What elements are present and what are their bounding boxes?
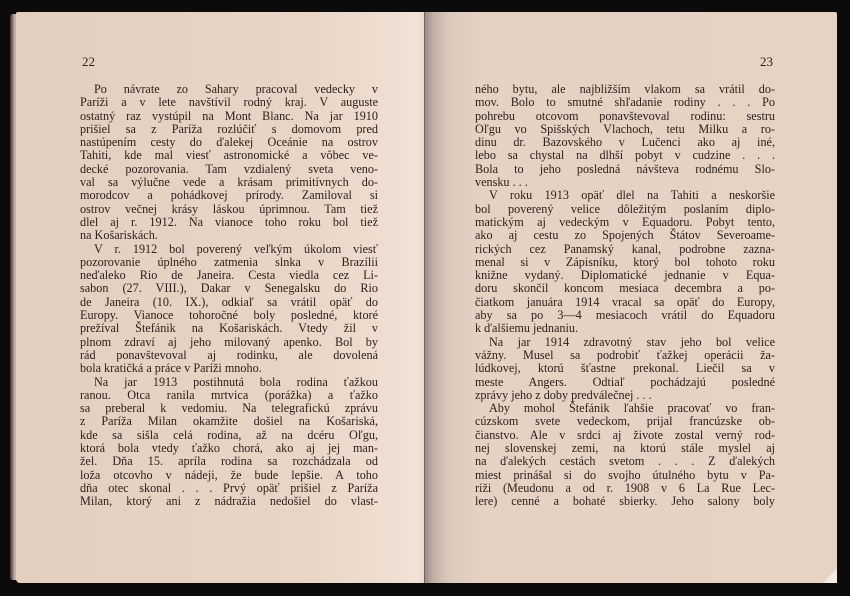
text-line: vážny. Musel sa podrobiť ťažkej operácii… bbox=[475, 349, 775, 362]
text-line: Tahiti, kde mal viesť astronomické a vôb… bbox=[80, 149, 378, 162]
text-line: mov. Bolo to smutné shľadanie rodiny . .… bbox=[475, 96, 775, 109]
text-line: sabon (27. VIII.), Dakar v Senegalsku do… bbox=[80, 282, 378, 295]
text-line: Po návrate zo Sahary pracoval vedecky v bbox=[80, 83, 378, 96]
text-line: menal si v Zápisníku, ktorý bol tohoto r… bbox=[475, 256, 775, 269]
right-page: 23 ného bytu, ale najbližším vlakom sa v… bbox=[425, 12, 837, 583]
text-line: knižne vydaný. Diplomatické jednanie v E… bbox=[475, 269, 775, 282]
text-line: bol poverený velice dôležitým poslaním d… bbox=[475, 203, 775, 216]
text-line: žel. Dňa 15. apríla rodina sa rozchádzal… bbox=[80, 455, 378, 468]
text-line: Aby mohol Štefánik ľahšie pracovať vo fr… bbox=[475, 402, 775, 415]
text-line: matickým aj vedeckým v Equadoru. Pobyt t… bbox=[475, 216, 775, 229]
right-page-text: ného bytu, ale najbližším vlakom sa vrát… bbox=[475, 83, 775, 509]
text-line: ranou. Otca ranila mrtvica (porážka) a ť… bbox=[80, 389, 378, 402]
text-line: doru skončil koncom mesiaca decembra a p… bbox=[475, 282, 775, 295]
text-line: prežíval Štefánik na Košariskách. Vtedy … bbox=[80, 322, 378, 335]
text-line: miest prinášal si do svojho útulného byt… bbox=[475, 469, 775, 482]
left-page-text: Po návrate zo Sahary pracoval vedecky vP… bbox=[80, 83, 378, 509]
text-line: plnom zdraví aj jeho milovaný apenko. Bo… bbox=[80, 336, 378, 349]
text-line: čianstvo. Ale v srdci aj živote zostal v… bbox=[475, 429, 775, 442]
text-line: aby sa po 3—4 mesiacoch vrátil do Equado… bbox=[475, 309, 775, 322]
text-line: pohrebu otcovom ponavštevoval rodinu: se… bbox=[475, 110, 775, 123]
text-line: prišiel sa z Paríža rozlúčiť s domovom p… bbox=[80, 123, 378, 136]
text-line: neďaleko Rio de Janeira. Cesta viedla ce… bbox=[80, 269, 378, 282]
text-line: decké pozorovania. Tam vzdialený sveta v… bbox=[80, 163, 378, 176]
text-line: dinu dr. Bazovského v Lučenci ako aj iné… bbox=[475, 136, 775, 149]
text-line: lebo sa chystal na dlhší pobyt v cudzine… bbox=[475, 149, 775, 162]
text-line: čiatkom januára 1914 vracal sa opäť do E… bbox=[475, 296, 775, 309]
text-line: z Paríža Milan okamžite došiel na Košari… bbox=[80, 415, 378, 428]
text-line: V r. 1912 bol poverený veľkým úkolom vie… bbox=[80, 243, 378, 256]
text-line: loža otcovho v nádeji, že bude lepšie. A… bbox=[80, 469, 378, 482]
worn-page-corner bbox=[823, 569, 837, 583]
text-line: lúdkovej, ktorú šťastne prekonal. Liečil… bbox=[475, 362, 775, 375]
page-number-right: 23 bbox=[760, 54, 773, 70]
text-line: Paríži a v lete navštívil rodný kraj. V … bbox=[80, 96, 378, 109]
text-line: ostatný raz vystúpil na Mont Blanc. Na j… bbox=[80, 110, 378, 123]
page-number-left: 22 bbox=[82, 54, 95, 70]
text-line: Bola to jeho posledná návšteva rodnému S… bbox=[475, 163, 775, 176]
text-line: dňa otec skonal . . . Prvý opäť prišiel … bbox=[80, 482, 378, 495]
text-line: pozorovanie úplného zatmenia slnka v Bra… bbox=[80, 256, 378, 269]
text-line: de Janeira (10. IX.), odkiaľ sa vrátil o… bbox=[80, 296, 378, 309]
text-line: rických cez Panamský kanal, podrobne zaz… bbox=[475, 243, 775, 256]
text-line: Oľgu vo Spišských Vlachoch, tetu Milku a… bbox=[475, 123, 775, 136]
text-line: na ďalekých cestách svetom . . . Z ďalek… bbox=[475, 455, 775, 468]
text-line: ríži (Meudonu a od r. 1908 v 6 La Rue Le… bbox=[475, 482, 775, 495]
text-line: morodcov a pohádkovej prírody. Zamiloval… bbox=[80, 189, 378, 202]
text-line: lere) cenné a bohaté sbierky. Jeho salon… bbox=[475, 495, 775, 508]
text-line: dlel aj r. 1912. Na vianoce toho roku bo… bbox=[80, 216, 378, 229]
text-line: ktorá bola vtedy ťažko chorá, ako aj jej… bbox=[80, 442, 378, 455]
text-line: nej slovenskej zemi, na ktorú stále mysl… bbox=[475, 442, 775, 455]
text-line: k ďalšiemu jednaniu. bbox=[475, 322, 775, 335]
text-line: bola kratičká a práce v Paríži mnoho. bbox=[80, 362, 378, 375]
text-line: ostrov večnej krásy láskou úprimnou. Tam… bbox=[80, 203, 378, 216]
open-book: 22 Po návrate zo Sahary pracoval vedecky… bbox=[10, 12, 837, 583]
text-line: nastúpením cesty do ďalekej Oceánie na o… bbox=[80, 136, 378, 149]
text-line: vensku . . . bbox=[475, 176, 775, 189]
text-line: Na jar 1914 zdravotný stav jeho bol veli… bbox=[475, 336, 775, 349]
text-line: rád ponavštevoval aj rodinku, ale dovole… bbox=[80, 349, 378, 362]
text-line: Europy. Vianoce tohoročné boly posledné,… bbox=[80, 309, 378, 322]
text-line: ného bytu, ale najbližším vlakom sa vrát… bbox=[475, 83, 775, 96]
text-line: na Košariskách. bbox=[80, 229, 378, 242]
text-line: ako aj cestu zo Spojených Štátov Severoa… bbox=[475, 229, 775, 242]
text-line: Na jar 1913 postihnutá bola rodina ťažko… bbox=[80, 376, 378, 389]
left-page: 22 Po návrate zo Sahary pracoval vedecky… bbox=[16, 12, 425, 583]
text-line: Milan, ktorý ani z nádražia nedošiel do … bbox=[80, 495, 378, 508]
text-line: cúzskom svete vedeckom, prijal francúzsk… bbox=[475, 415, 775, 428]
text-line: sa preberal k vedomiu. Na telegrafickú z… bbox=[80, 402, 378, 415]
text-line: val sa výlučne vede a krásam primitívnyc… bbox=[80, 176, 378, 189]
text-line: zprávy jeho z doby predválečnej . . . bbox=[475, 389, 775, 402]
text-line: V roku 1913 opäť dlel na Tahiti a neskor… bbox=[475, 189, 775, 202]
text-line: kde sa sišla celá rodina, až na dcéru Oľ… bbox=[80, 429, 378, 442]
text-line: meste Angers. Odtiaľ pochádzajú posledné bbox=[475, 376, 775, 389]
